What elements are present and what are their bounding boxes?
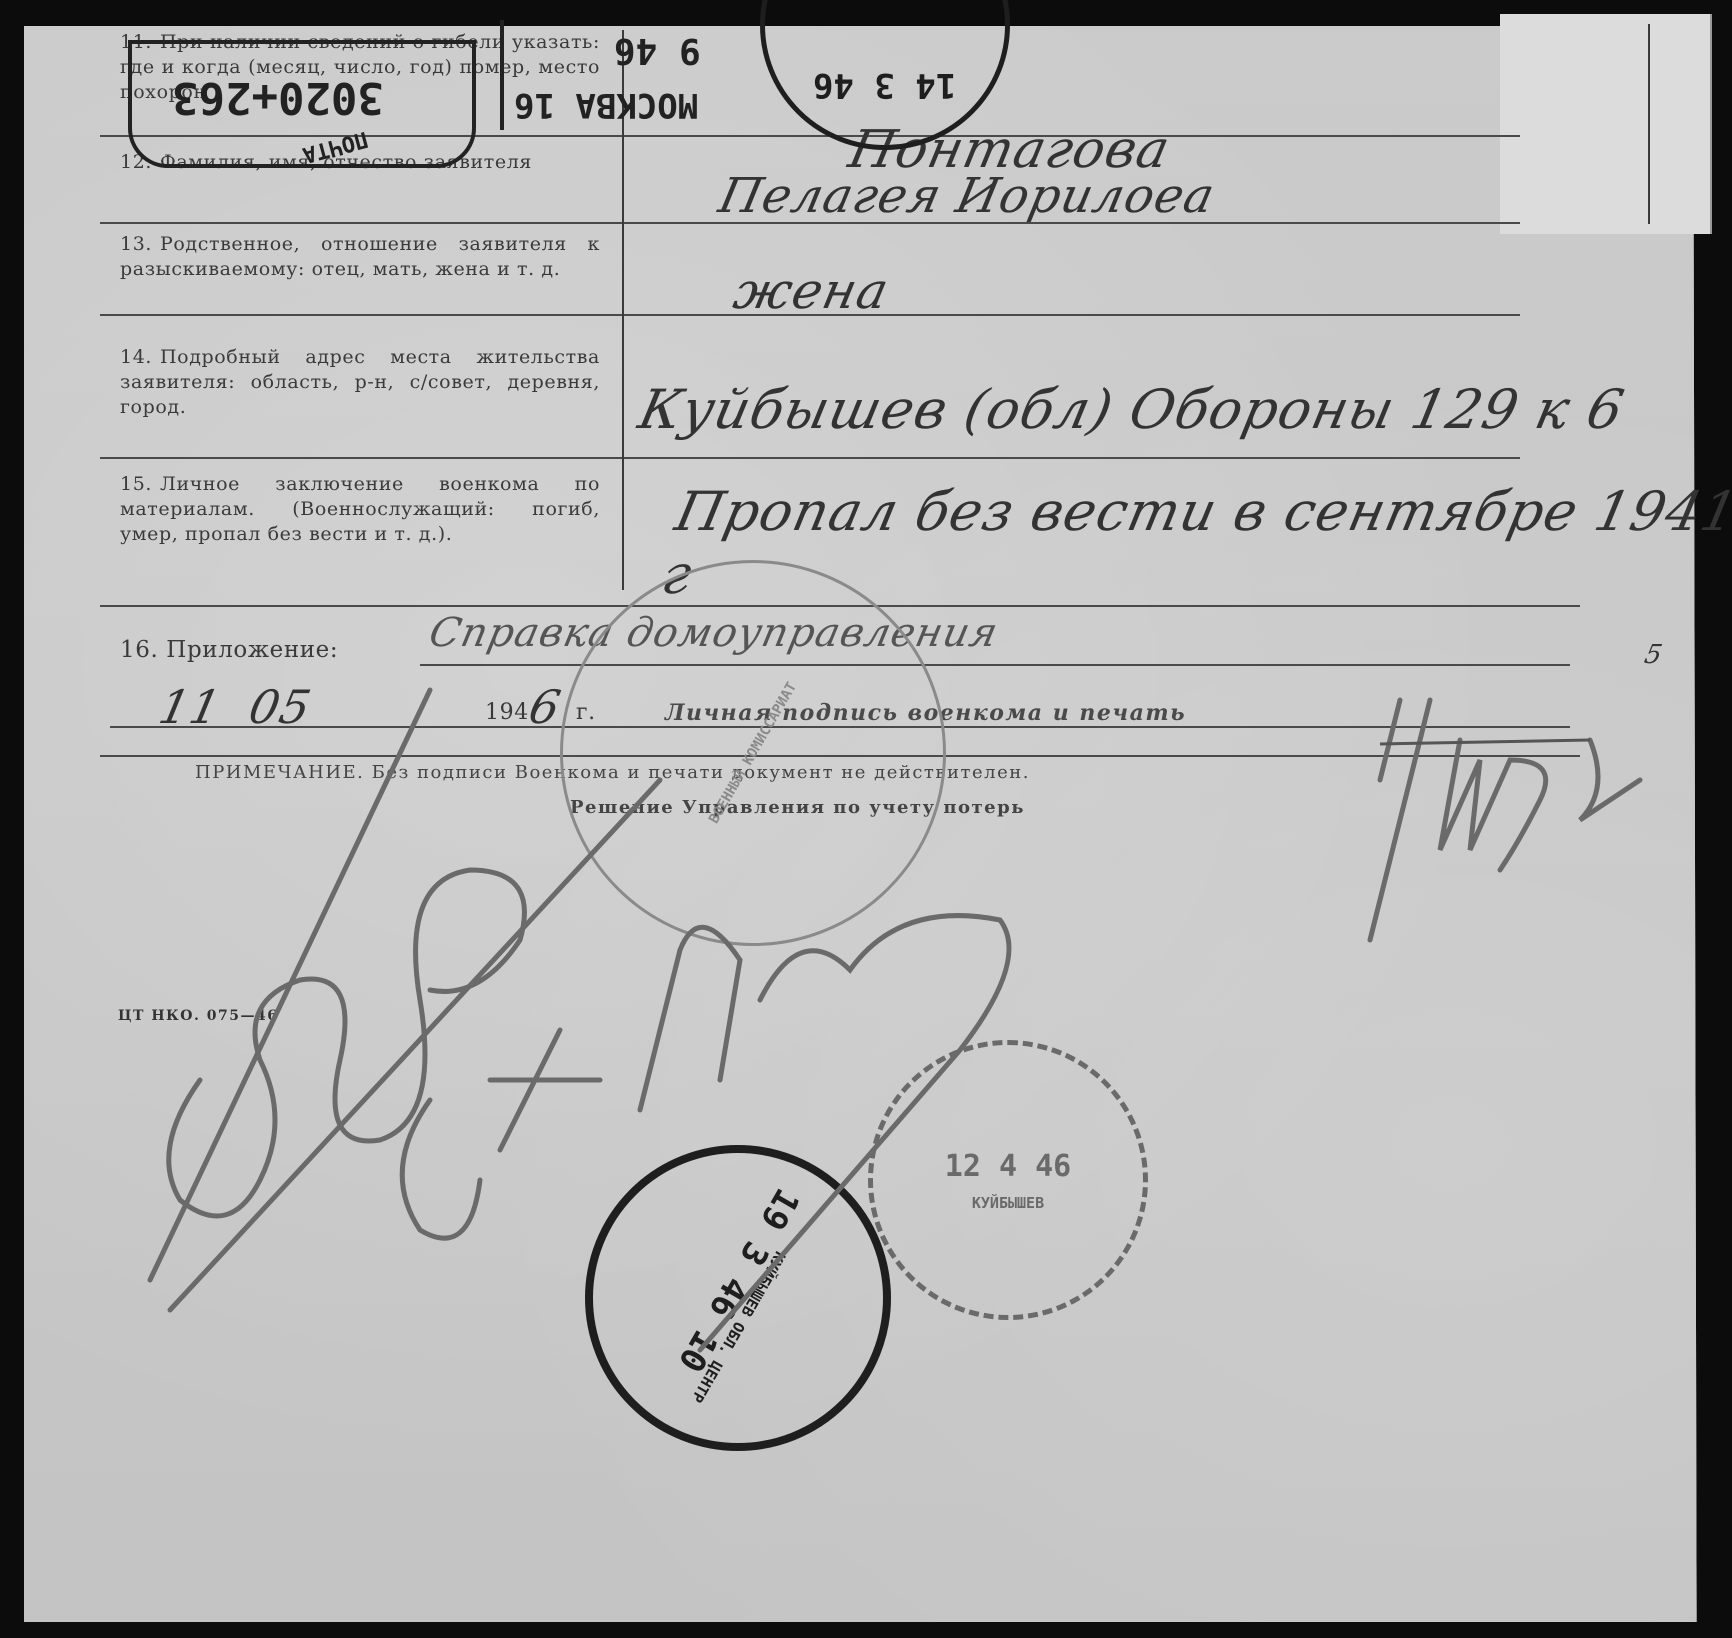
strike-line [170, 780, 660, 1310]
pencil-marks [0, 0, 1732, 1638]
signature-kropov [169, 870, 525, 1216]
signature-right [1370, 700, 1640, 940]
signature-bav [402, 916, 1009, 1350]
